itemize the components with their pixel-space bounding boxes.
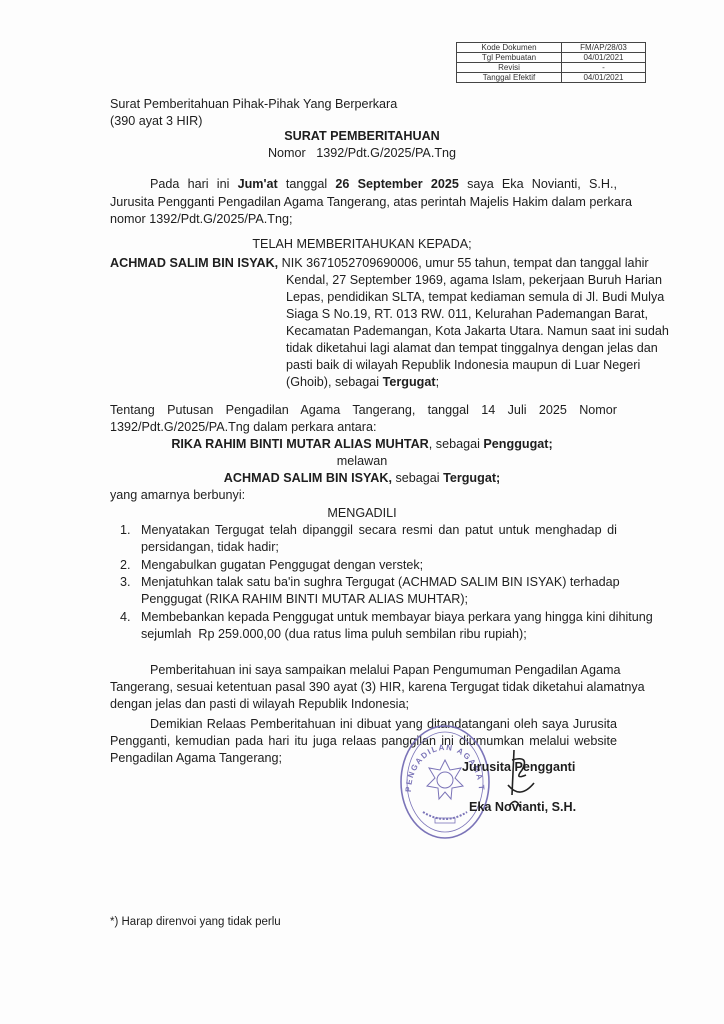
- opening-line-2: Jurusita Pengganti Pengadilan Agama Tang…: [110, 194, 617, 210]
- plaintiff-line: RIKA RAHIM BINTI MUTAR ALIAS MUHTAR, seb…: [107, 436, 617, 452]
- opening-line-1: Pada hari ini Jum'at tanggal 26 Septembe…: [150, 176, 617, 192]
- party-line-8: (Ghoib), sebagai Tergugat;: [286, 374, 439, 390]
- document-number: Nomor 1392/Pdt.G/2025/PA.Tng: [107, 145, 617, 161]
- signature-name: Eka Novianti, S.H.: [469, 799, 576, 815]
- ruling-1-line-2: persidangan, tidak hadir;: [141, 539, 279, 555]
- ruling-number: 3.: [120, 574, 131, 590]
- form-title: Surat Pemberitahuan Pihak-Pihak Yang Ber…: [110, 96, 397, 112]
- party-line-7: pasti baik di wilayah Republik Indonesia…: [286, 357, 617, 373]
- signature-role: Jurusita Pengganti: [462, 759, 575, 775]
- table-row: Revisi-: [457, 63, 646, 73]
- closing-1-line-2: Tangerang, sesuai ketentuan pasal 390 ay…: [110, 679, 645, 695]
- party-line-6: tidak diketahui lagi alamat dan tempat t…: [286, 340, 617, 356]
- decision-line-2: 1392/Pdt.G/2025/PA.Tng dalam perkara ant…: [110, 419, 377, 435]
- page-title: SURAT PEMBERITAHUAN: [107, 128, 617, 144]
- party-line-1: ACHMAD SALIM BIN ISYAK, NIK 367105270969…: [110, 255, 617, 271]
- versus-label: melawan: [107, 453, 617, 469]
- ruling-number: 2.: [120, 557, 131, 573]
- ruling-number: 4.: [120, 609, 131, 625]
- ruling-2-line-1: Mengabulkan gugatan Penggugat dengan ver…: [141, 557, 423, 573]
- ruling-3-line-2: Penggugat (RIKA RAHIM BINTI MUTAR ALIAS …: [141, 591, 468, 607]
- party-line-2: Kendal, 27 September 1969, agama Islam, …: [286, 272, 617, 288]
- closing-2-line-1: Demikian Relaas Pemberitahuan ini dibuat…: [150, 716, 617, 732]
- footnote: *) Harap direnvoi yang tidak perlu: [110, 914, 281, 930]
- document-code-table: Kode DokumenFM/AP/28/03 Tgl Pembuatan04/…: [456, 42, 646, 83]
- decision-line-1: Tentang Putusan Pengadilan Agama Tangera…: [110, 402, 617, 418]
- court-stamp-icon: PENGADILAN AGAMA TANGERANG: [397, 722, 492, 842]
- table-row: Kode DokumenFM/AP/28/03: [457, 43, 646, 53]
- ruling-heading: MENGADILI: [107, 505, 617, 521]
- table-row: Tgl Pembuatan04/01/2021: [457, 53, 646, 63]
- closing-1-line-3: dengan jelas dan pasti di wilayah Republ…: [110, 696, 409, 712]
- ruling-4-line-2: sejumlah Rp 259.000,00 (dua ratus lima p…: [141, 626, 527, 642]
- form-reference: (390 ayat 3 HIR): [110, 113, 202, 129]
- amar-label: yang amarnya berbunyi:: [110, 487, 245, 503]
- party-line-4: Siaga S No.19, RT. 013 RW. 011, Keluraha…: [286, 306, 617, 322]
- ruling-4-line-1: Membebankan kepada Penggugat untuk memba…: [141, 609, 617, 625]
- ruling-number: 1.: [120, 522, 131, 538]
- closing-2-line-3: Pengadilan Agama Tangerang;: [110, 750, 282, 766]
- closing-1-line-1: Pemberitahuan ini saya sampaikan melalui…: [150, 662, 617, 678]
- party-line-5: Kecamatan Pademangan, Kota Jakarta Utara…: [286, 323, 617, 339]
- defendant-line: ACHMAD SALIM BIN ISYAK, sebagai Tergugat…: [107, 470, 617, 486]
- party-line-3: Lepas, pendidikan SLTA, tempat kediaman …: [286, 289, 617, 305]
- ruling-1-line-1: Menyatakan Tergugat telah dipanggil seca…: [141, 522, 617, 538]
- notified-heading: TELAH MEMBERITAHUKAN KEPADA;: [107, 236, 617, 252]
- table-row: Tanggal Efektif04/01/2021: [457, 73, 646, 83]
- closing-2-line-2: Pengganti, kemudian pada hari itu juga r…: [110, 733, 617, 749]
- ruling-3-line-1: Menjatuhkan talak satu ba'in sughra Terg…: [141, 574, 617, 590]
- opening-line-3: nomor 1392/Pdt.G/2025/PA.Tng;: [110, 211, 293, 227]
